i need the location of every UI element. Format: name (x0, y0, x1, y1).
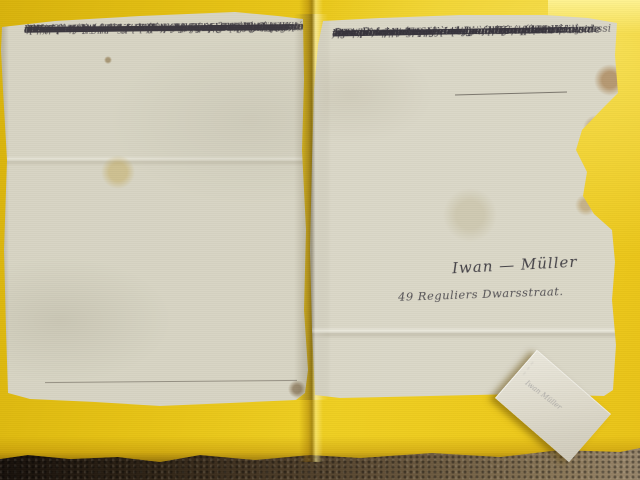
underline-stroke (45, 380, 297, 383)
handwriting-line: votre sincère Ami (332, 25, 426, 41)
address-line: 49 Reguliers Dwarsstraat. (398, 284, 564, 304)
underline-stroke (455, 92, 567, 96)
right-page-handwriting: ment cela ne serait rien, mais en voulan… (332, 21, 620, 26)
signature: Iwan — Müller (452, 253, 578, 278)
left-page-handwriting: tous mes élèves au point maintenant cett… (24, 20, 316, 24)
center-fold-shadow (294, 14, 328, 400)
photo-of-letter: tous mes élèves au point maintenant cett… (0, 0, 640, 480)
